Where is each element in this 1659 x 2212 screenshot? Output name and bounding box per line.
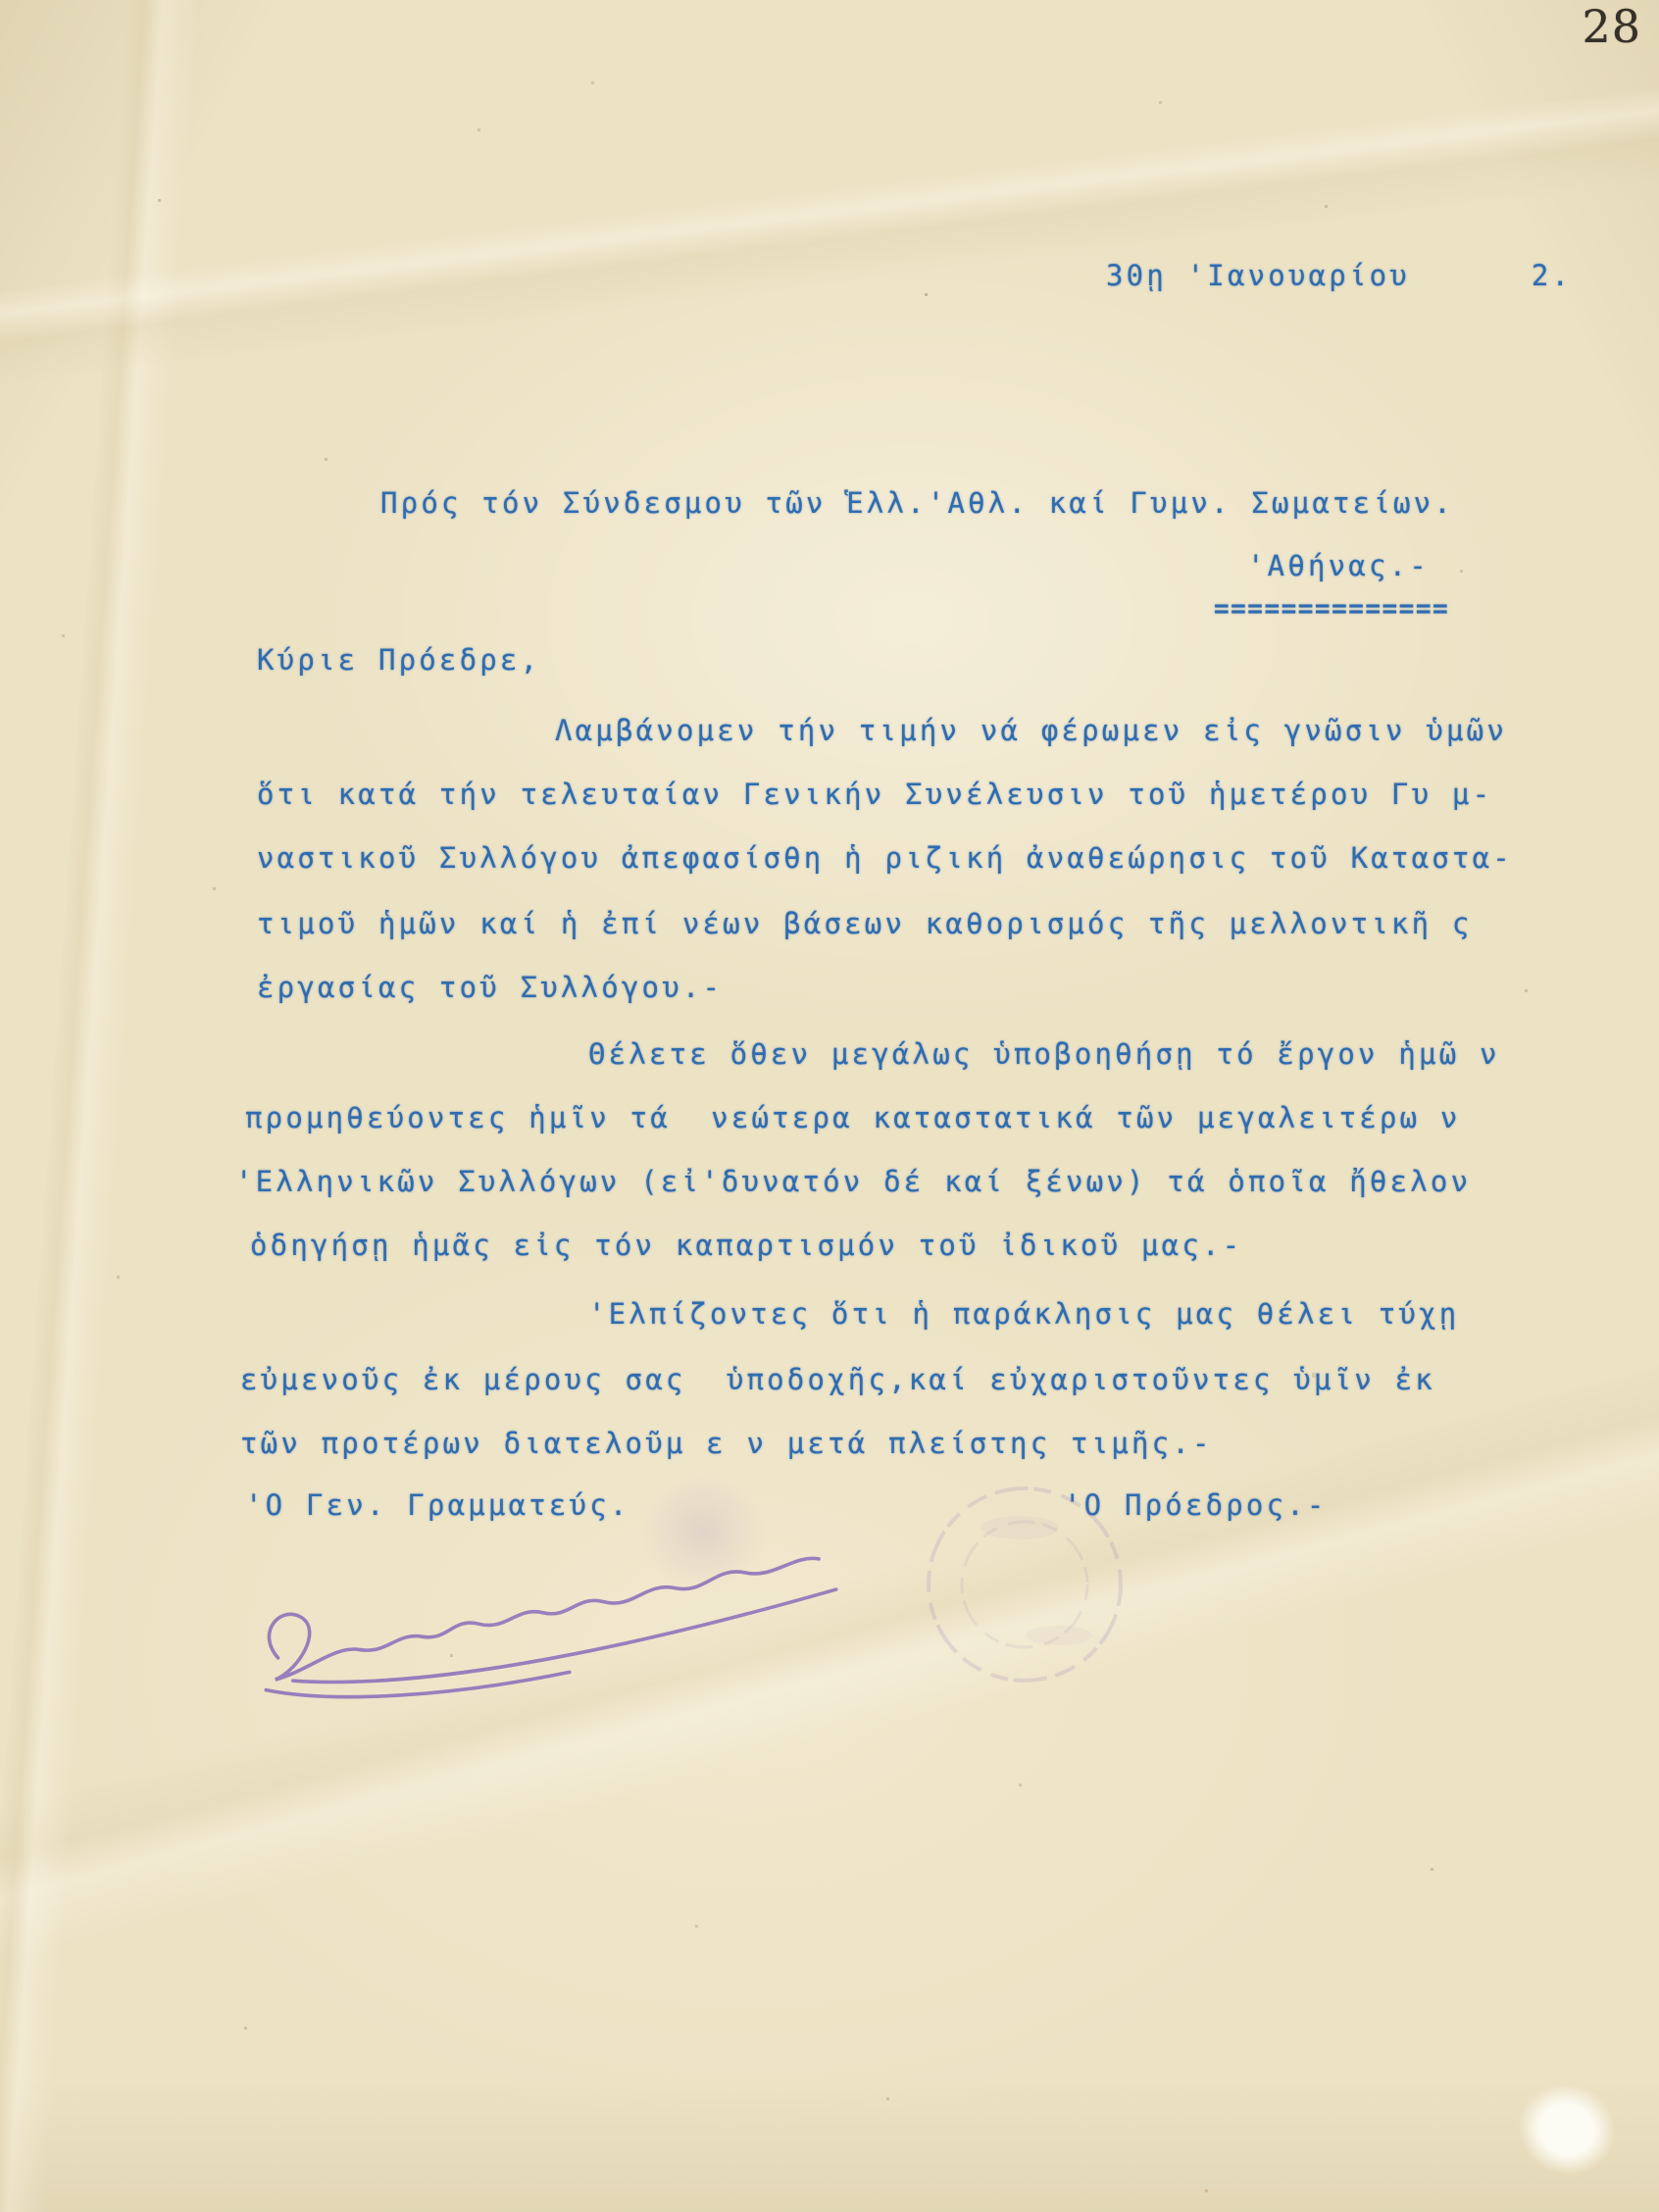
- signature-scrawl: [238, 1501, 876, 1739]
- body-line: ναστικοῦ Συλλόγου ἀπεφασίσθη ἡ ριζική ἀν…: [257, 841, 1513, 875]
- body-line: 'Ελληνικῶν Συλλόγων (εἰ'δυνατόν δέ καί ξ…: [235, 1165, 1471, 1198]
- paper-defect-patch: [1506, 2072, 1628, 2187]
- body-line: 'Ελπίζοντες ὅτι ἡ παράκλησις μας θέλει τ…: [588, 1297, 1459, 1331]
- body-line: Λαμβάνομεν τήν τιμήν νά φέρωμεν εἰς γνῶσ…: [555, 714, 1507, 747]
- underline-row: ==============: [1214, 594, 1449, 624]
- body-line: τῶν προτέρων διατελοῦμ ε ν μετά πλείστης…: [240, 1427, 1213, 1460]
- body-line: ὅτι κατά τήν τελευταίαν Γενικήν Συνέλευσ…: [257, 778, 1492, 811]
- date-line: 30ῃ 'Ιανουαρίου 2.: [1106, 259, 1572, 292]
- body-line: ἐργασίας τοῦ Συλλόγου.-: [257, 971, 723, 1004]
- body-line: ὁδηγήσῃ ἡμᾶς εἰς τόν καπαρτισμόν τοῦ ἰδι…: [250, 1229, 1242, 1262]
- stamp-icon: [912, 1469, 1137, 1694]
- salutation-line: Κύριε Πρόεδρε,: [257, 643, 540, 677]
- body-line: εὐμενοῦς ἐκ μέρους σας ὑποδοχῆς,καί εὐχα…: [240, 1363, 1435, 1396]
- body-line: Θέλετε ὅθεν μεγάλως ὑποβοηθήσῃ τό ἔργον …: [588, 1037, 1500, 1071]
- recipient-city-line: 'Αθήνας.-: [1247, 549, 1430, 582]
- paper-speckles: [0, 0, 1, 1]
- body-line: τιμοῦ ἡμῶν καί ἡ ἐπί νέων βάσεων καθορισ…: [257, 907, 1473, 940]
- page-number: 28: [1582, 0, 1641, 53]
- body-line: προμηθεύοντες ἡμῖν τά νεώτερα καταστατικ…: [245, 1101, 1461, 1134]
- letter-page: 28 30ῃ 'Ιανουαρίου 2. Πρός τόν Σύνδεσμου…: [0, 0, 1659, 2212]
- recipient-line: Πρός τόν Σύνδεσμου τῶν Ἑλλ.'Αθλ. καί Γυμ…: [380, 486, 1454, 520]
